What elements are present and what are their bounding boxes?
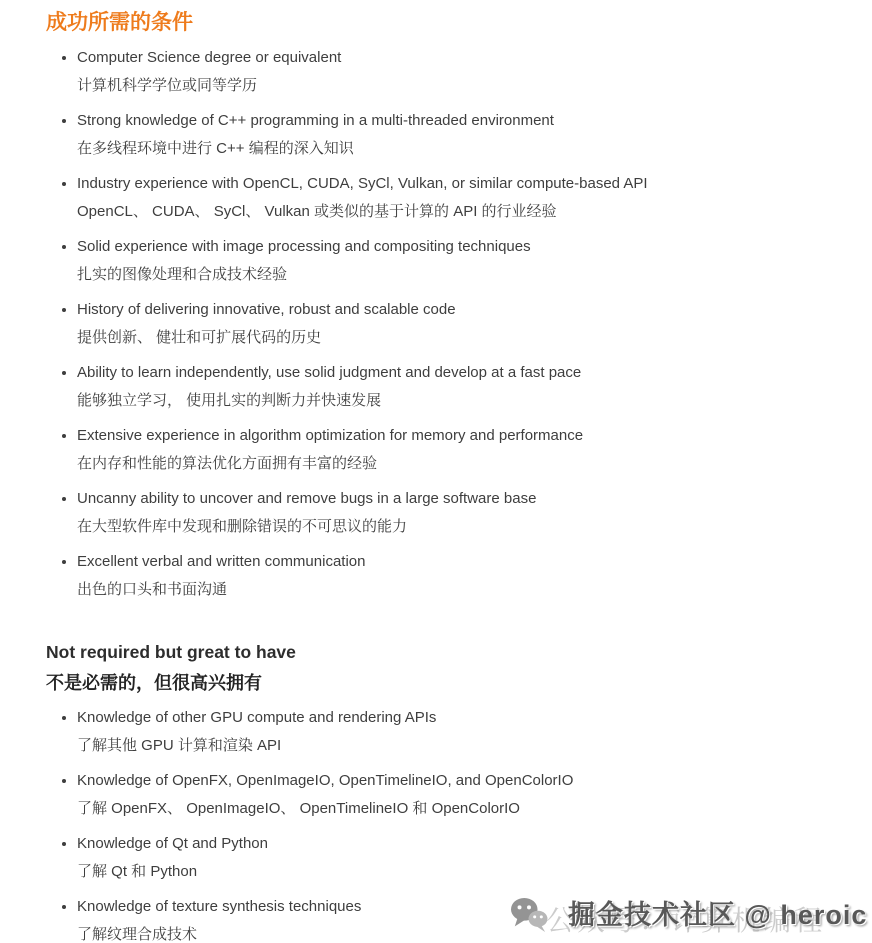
watermark: 公众号：计算机编程 掘金技术社区 @ heroic — [510, 889, 862, 939]
requirement-list-item: Solid experience with image processing a… — [77, 233, 832, 289]
requirement-list-item: Excellent verbal and written communicati… — [77, 548, 832, 604]
requirement-text-en: Excellent verbal and written communicati… — [77, 548, 832, 576]
requirement-text-en: Extensive experience in algorithm optimi… — [77, 422, 832, 450]
nice-to-have-list-item: Knowledge of Qt and Python 了解 Qt 和 Pytho… — [77, 830, 832, 886]
nice-to-have-heading-en: Not required but great to have — [46, 640, 832, 664]
requirement-text-zh: 出色的口头和书面沟通 — [77, 576, 832, 604]
requirement-list-item: Computer Science degree or equivalent 计算… — [77, 44, 832, 100]
requirement-text-zh: 在多线程环境中进行 C++ 编程的深入知识 — [77, 135, 832, 163]
requirement-list-item: Ability to learn independently, use soli… — [77, 359, 832, 415]
requirement-text-zh: 提供创新、 健壮和可扩展代码的历史 — [77, 324, 832, 352]
requirement-text-zh: OpenCL、 CUDA、 SyCl、 Vulkan 或类似的基于计算的 API… — [77, 198, 832, 226]
requirement-text-zh: 扎实的图像处理和合成技术经验 — [77, 261, 832, 289]
nice-to-have-list-item: Knowledge of OpenFX, OpenImageIO, OpenTi… — [77, 767, 832, 823]
nice-to-have-text-en: Knowledge of OpenFX, OpenImageIO, OpenTi… — [77, 767, 832, 795]
requirement-text-en: Ability to learn independently, use soli… — [77, 359, 832, 387]
requirement-list-item: Strong knowledge of C++ programming in a… — [77, 107, 832, 163]
watermark-dark-text: 掘金技术社区 @ heroic — [568, 893, 867, 932]
requirement-text-en: Computer Science degree or equivalent — [77, 44, 832, 72]
requirement-text-en: Strong knowledge of C++ programming in a… — [77, 107, 832, 135]
requirement-text-en: History of delivering innovative, robust… — [77, 296, 832, 324]
nice-to-have-text-zh: 了解其他 GPU 计算和渲染 API — [77, 732, 832, 760]
requirement-text-en: Solid experience with image processing a… — [77, 233, 832, 261]
requirement-list-item: History of delivering innovative, robust… — [77, 296, 832, 352]
requirement-text-en: Industry experience with OpenCL, CUDA, S… — [77, 170, 832, 198]
requirement-list-item: Extensive experience in algorithm optimi… — [77, 422, 832, 478]
nice-to-have-heading-zh: 不是必需的，但很高兴拥有 — [46, 670, 832, 696]
requirement-list-item: Industry experience with OpenCL, CUDA, S… — [77, 170, 832, 226]
requirement-text-zh: 能够独立学习， 使用扎实的判断力并快速发展 — [77, 387, 832, 415]
requirement-text-zh: 在大型软件库中发现和删除错误的不可思议的能力 — [77, 513, 832, 541]
requirement-list-item: Uncanny ability to uncover and remove bu… — [77, 485, 832, 541]
nice-to-have-text-en: Knowledge of Qt and Python — [77, 830, 832, 858]
requirements-list: Computer Science degree or equivalent 计算… — [46, 44, 832, 604]
nice-to-have-text-en: Knowledge of other GPU compute and rende… — [77, 704, 832, 732]
nice-to-have-list-item: Knowledge of other GPU compute and rende… — [77, 704, 832, 760]
nice-to-have-text-zh: 了解 OpenFX、 OpenImageIO、 OpenTimelineIO 和… — [77, 795, 832, 823]
requirement-text-zh: 计算机科学学位或同等学历 — [77, 72, 832, 100]
requirement-text-zh: 在内存和性能的算法优化方面拥有丰富的经验 — [77, 450, 832, 478]
requirements-section-heading: 成功所需的条件 — [46, 10, 832, 36]
article-content: 成功所需的条件 Computer Science degree or equiv… — [0, 0, 872, 943]
wechat-icon — [510, 897, 548, 933]
requirement-text-en: Uncanny ability to uncover and remove bu… — [77, 485, 832, 513]
nice-to-have-text-zh: 了解 Qt 和 Python — [77, 858, 832, 886]
